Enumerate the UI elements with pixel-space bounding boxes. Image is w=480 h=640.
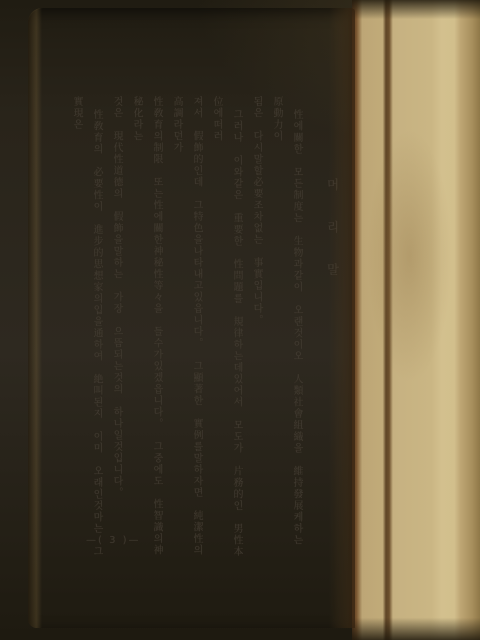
text-column: 性敎育의 必要性이 進步的思想家의입을通하여 絶叫된지 이미 오래인것마는 그實…: [66, 96, 106, 561]
text-column: 그러나 이와같은 重要한 性問題를 規律하는데있어서 모도가 片務的인 男性本位…: [206, 96, 246, 561]
text-column: 됨은 다시말할必要조차없는 事實입니다。: [246, 96, 266, 561]
text-column: 것은 現代性道德의 假飾을말하는 가장 으뜸되는것의 하나일것입니다。: [106, 96, 126, 561]
preface-title: 머리말: [322, 96, 342, 561]
book-page: 머리말 性에關한 모든制度는 生物과같이 오랜것이오 人類社會組織을 維持發展케…: [28, 8, 355, 628]
preface-text-block: 머리말 性에關한 모든制度는 生物과같이 오랜것이오 人類社會組織을 維持發展케…: [66, 96, 348, 561]
photo-background: 머리말 性에關한 모든制度는 生物과같이 오랜것이오 人類社會組織을 維持發展케…: [0, 0, 480, 640]
page-number: —( 3 )—: [86, 535, 141, 546]
text-column: 性敎育의制限 또는性에關한神秘性等々을 들수가있겠읍니다。 그중에도 性智識의神…: [126, 96, 166, 561]
text-column: 져서 假飾的인데 그特色을나타내고있읍니다。 그顯著한 實例를말하자면 純潔性의…: [166, 96, 206, 561]
book-fore-edge-pages: [352, 0, 480, 640]
text-column: 性에關한 모든制度는 生物과같이 오랜것이오 人類社會組織을 維持發展케하는 原…: [266, 96, 306, 561]
